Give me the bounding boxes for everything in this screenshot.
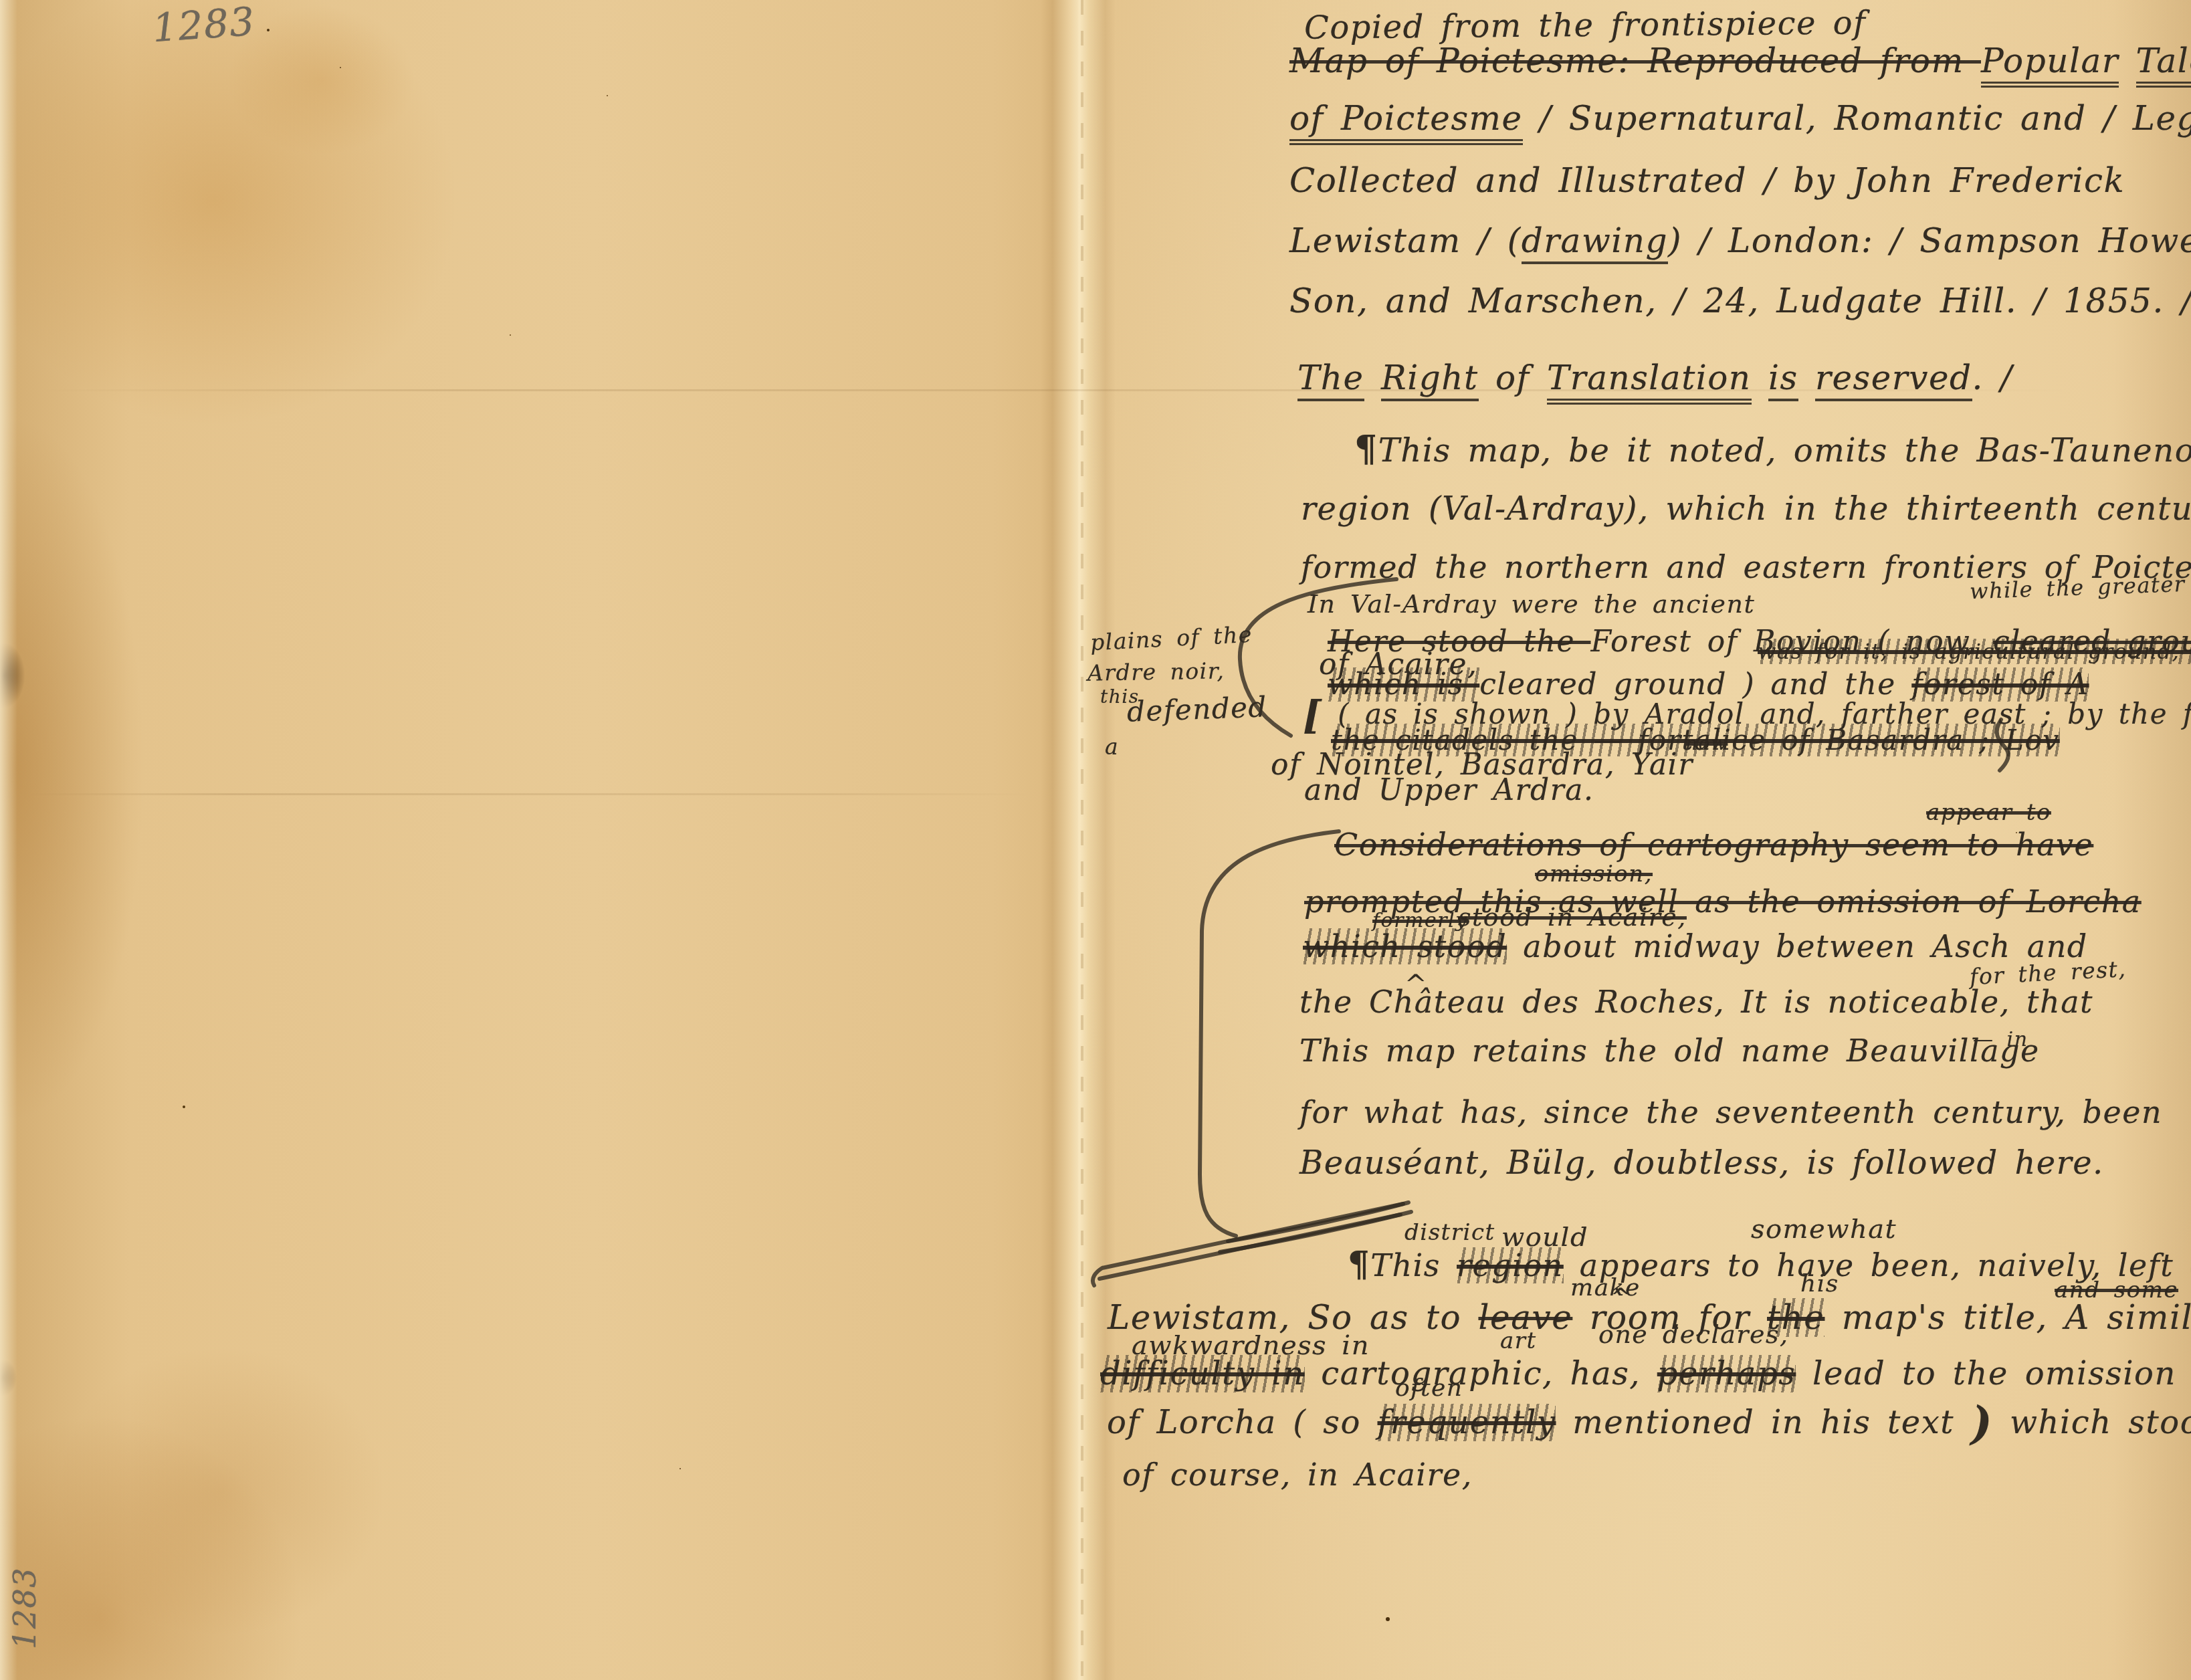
line-chateau: the Château des Roches, It is noticeable…: [1299, 986, 2093, 1017]
line-title-5: Son, and Marschen, / 24, Ludgate Hill. /…: [1289, 284, 2191, 318]
line-insert-art: art: [1500, 1330, 1537, 1352]
line-title-struck: Map of Poictesme: Reproduced from Popula…: [1289, 44, 2191, 78]
line-insert-val-ardray: In Val-Ardray were the ancient: [1308, 591, 1755, 617]
line-struck-agricultural: was for it, is agricultural ground, the: [1758, 641, 2191, 662]
margin-note-2: Ardre noir,: [1087, 659, 1225, 684]
pencil-number-edge: 1283: [9, 1567, 40, 1649]
line-insert-often: often: [1395, 1376, 1463, 1400]
line-copied-from: Copied from the frontispiece of: [1304, 7, 1867, 43]
manuscript-lines: 12831283Copied from the frontispiece ofM…: [0, 0, 2191, 1680]
line-struck-considerations: Considerations of cartography seem to ha…: [1334, 829, 2093, 860]
line-insert-somewhat: somewhat: [1751, 1216, 1897, 1243]
pencil-number-top-left: 1283: [151, 2, 256, 48]
line-struck-stood-in-acaire: stood in Acaire,: [1458, 904, 1687, 930]
line-insert-his: his: [1800, 1272, 1839, 1296]
line-title-2: of Poictesme / Supernatural, Romantic an…: [1289, 102, 2191, 135]
line-insert-would: would: [1501, 1224, 1588, 1251]
margin-note-4: defended: [1126, 693, 1267, 726]
margin-note-1: plains of the: [1089, 623, 1253, 654]
line-midway: which stood about midway between Asch an…: [1303, 931, 2088, 962]
line-para4-4: of Lorcha ( so frequently mentioned in h…: [1107, 1400, 2191, 1445]
line-upper-ardra: and Upper Ardra.: [1304, 776, 1594, 805]
line-para2-2: region (Val-Ardray), which in the thirte…: [1301, 493, 2191, 525]
line-beauvillage: This map retains the old name Beauvillag…: [1299, 1035, 2040, 1066]
line-insert-one-declares: one declares,: [1598, 1322, 1789, 1347]
margin-note-5: a: [1105, 736, 1119, 758]
line-title-3: Collected and Illustrated / by John Fred…: [1289, 164, 2125, 197]
line-beauseant: Beauséant, Bülg, doubtless, is followed …: [1299, 1147, 2104, 1179]
line-para4-3: difficulty in cartographic, has, perhaps…: [1100, 1358, 2176, 1390]
line-insert-district: district: [1404, 1221, 1495, 1244]
line-insert-make: make: [1570, 1276, 1641, 1300]
line-seventeenth: for what has, since the seventeenth cent…: [1299, 1097, 2162, 1128]
line-para4-5: of course, in Acaire,: [1122, 1459, 1473, 1490]
manuscript-scan: 12831283Copied from the frontispiece ofM…: [0, 0, 2191, 1680]
line-rights: The Right of Translation is reserved. /: [1297, 361, 2013, 395]
line-para2-1: ¶This map, be it noted, omits the Bas-Ta…: [1354, 431, 2191, 467]
line-struck-appear-to: appear to: [1926, 801, 2051, 824]
line-title-4: Lewistam / (drawing) / London: / Sampson…: [1289, 224, 2191, 257]
line-struck-omission: omission,: [1535, 863, 1653, 885]
